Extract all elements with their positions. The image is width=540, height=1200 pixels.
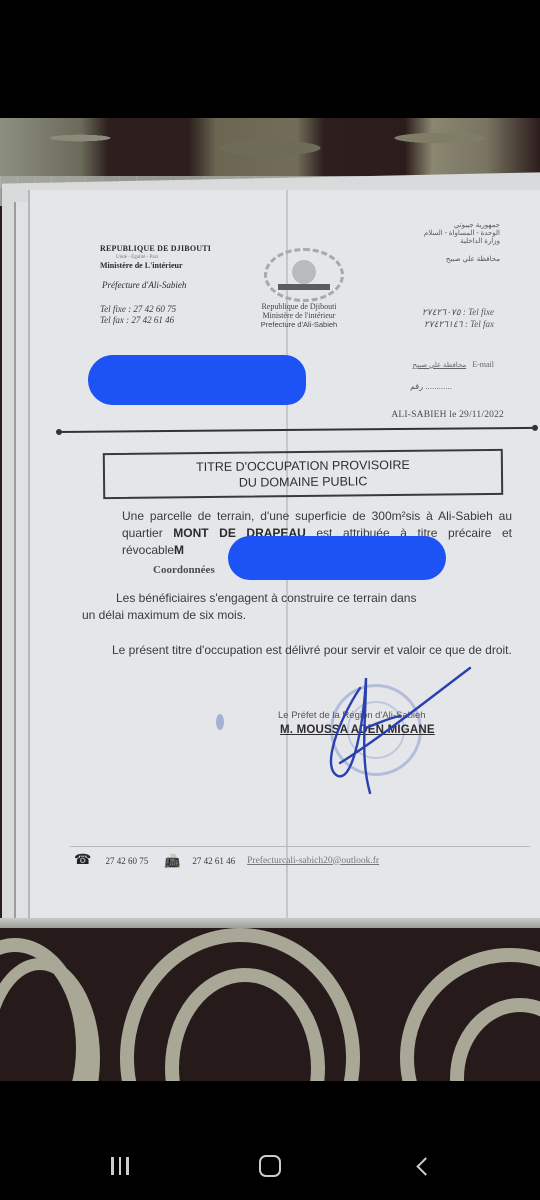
prefecture-label: Préfecture d'Ali-Sabieh [102, 280, 211, 290]
redaction-mark [88, 355, 306, 405]
back-chevron-icon [416, 1157, 434, 1175]
fax-icon: 📠 [164, 853, 180, 869]
document-content: REPUBLIQUE DE DJIBOUTI Unité - Egalité -… [0, 118, 540, 1081]
redaction-mark [228, 536, 446, 580]
republic-label-center: Republique de Djibouti [244, 302, 354, 311]
date-line: ALI-SABIEH le 29/11/2022 [391, 410, 504, 420]
footer-email: Prefecturcali-sabich20@outlook.fr [247, 856, 379, 866]
home-icon [259, 1155, 281, 1177]
android-navigation-bar [0, 1130, 540, 1200]
tel-fixe-ar: ٢٧٤٢٦٠٧٥ : Tel fixe [422, 306, 494, 318]
footer-phone: 27 42 60 75 [105, 856, 148, 866]
header-right-tel: ٢٧٤٢٦٠٧٥ : Tel fixe ٢٧٤٢٦١٤٦ : Tel fax [422, 306, 494, 330]
tel-fax-ar: ٢٧٤٢٦١٤٦ : Tel fax [422, 318, 494, 330]
tel-fixe: Tel fixe : 27 42 60 75 [100, 304, 211, 315]
paragraph-validity: Le présent titre d'occupation est délivr… [112, 642, 512, 659]
motto-label: Unité - Egalité - Paix [116, 255, 211, 260]
email-line: محافظة علي صبيح E-mail [412, 360, 494, 369]
recent-apps-button[interactable] [100, 1152, 140, 1180]
ink-mark [212, 706, 228, 756]
footer-contact: ☎ 27 42 60 75 📠 27 42 61 46 Prefecturcal… [74, 852, 379, 869]
coat-of-arms-icon [258, 246, 350, 306]
ministry-label-center: Ministère de l'intérieur [244, 311, 354, 320]
document-photo: REPUBLIQUE DE DJIBOUTI Unité - Egalité -… [0, 118, 540, 1081]
footer-fax: 27 42 61 46 [192, 856, 235, 866]
home-button[interactable] [250, 1152, 290, 1180]
signature-mark [320, 658, 480, 798]
footer-divider [70, 846, 530, 847]
header-right-arabic: جمهورية جيبوتي الوحدة - المساواة - السلا… [424, 222, 500, 264]
motto-label-ar: الوحدة - المساواة - السلام [424, 230, 500, 238]
prefecture-label-center: Prefecture d'Ali-Sabieh [244, 320, 354, 329]
back-button[interactable] [402, 1152, 442, 1180]
phone-icon: ☎ [74, 852, 91, 869]
tel-fax: Tel fax : 27 42 61 46 [100, 315, 211, 326]
ministry-label: Ministère de L'intérieur [100, 261, 211, 270]
paragraph2-line-1: Les bénéficiaires s'engagent à construir… [82, 590, 512, 607]
prefecture-label-ar: محافظة علي صبيح [424, 256, 500, 264]
republic-label: REPUBLIQUE DE DJIBOUTI [100, 244, 211, 253]
title-line-2: DU DOMAINE PUBLIC [105, 472, 501, 492]
email-label: E-mail [472, 360, 494, 369]
paragraph-obligation: Les bénéficiaires s'engagent à construir… [82, 590, 512, 624]
paragraph2-line-2: un délai maximum de six mois. [82, 607, 512, 624]
document-title-box: TITRE D'OCCUPATION PROVISOIRE DU DOMAINE… [103, 449, 503, 499]
header-left: REPUBLIQUE DE DJIBOUTI Unité - Egalité -… [100, 244, 211, 326]
reference-line: رقم ............ [410, 382, 452, 391]
ministry-label-ar: وزارة الداخلية [424, 238, 500, 246]
divider-rule [58, 427, 536, 433]
beneficiary-initial: M [174, 543, 184, 557]
recents-icon [111, 1157, 114, 1175]
coordinates-label: Coordonnées [153, 564, 215, 576]
header-center: Republique de Djibouti Ministère de l'in… [244, 302, 354, 329]
republic-label-ar: جمهورية جيبوتي [424, 222, 500, 230]
email-label-ar: محافظة علي صبيح [412, 361, 466, 369]
